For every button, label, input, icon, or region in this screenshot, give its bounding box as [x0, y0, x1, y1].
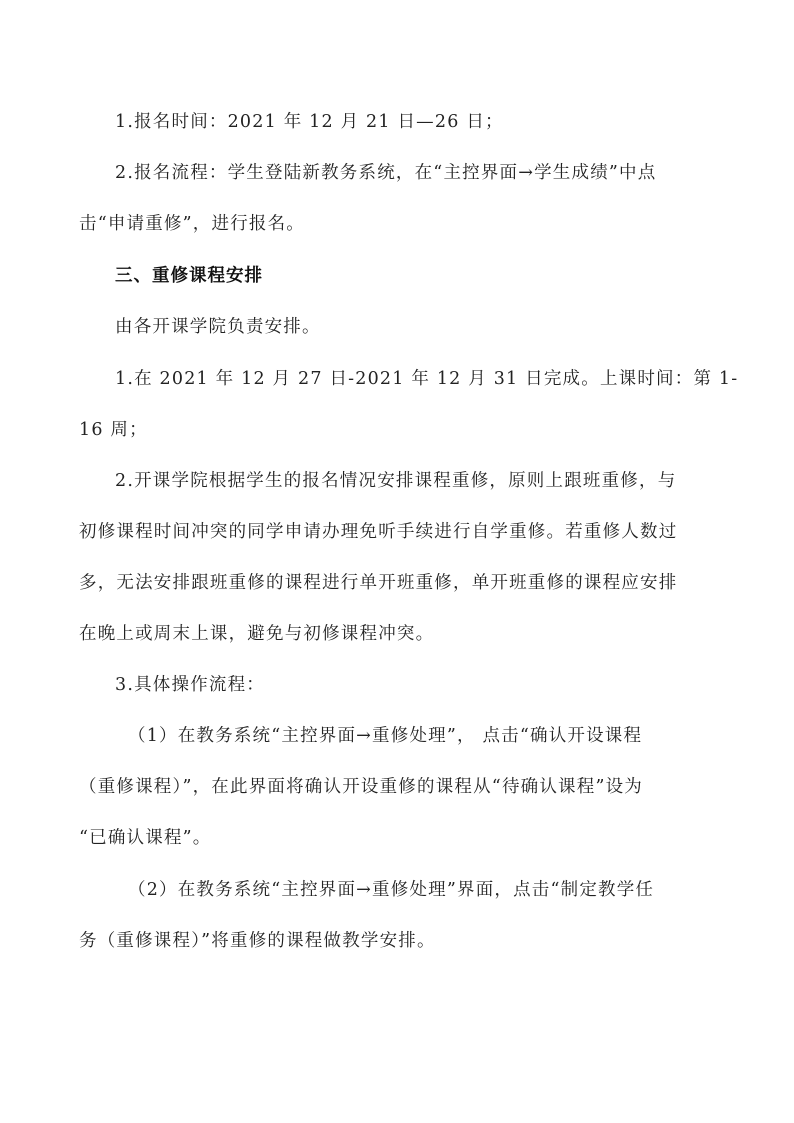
registration-time: 1.报名时间：2021 年 12 月 21 日—26 日；: [115, 110, 504, 134]
document-page: 1.报名时间：2021 年 12 月 21 日—26 日； 2.报名流程：学生登…: [0, 0, 794, 1123]
step-2-line-2: 务（重修课程）”将重修的课程做教学安排。: [79, 929, 436, 953]
item-1-line-1: 1.在 2021 年 12 月 27 日-2021 年 12 月 31 日完成。…: [115, 367, 738, 391]
step-2-line-1: （2）在教务系统“主控界面→重修处理”界面，点击“制定教学任: [128, 878, 654, 902]
item-2-line-4: 在晚上或周末上课，避免与初修课程冲突。: [79, 622, 434, 646]
registration-process-line-1: 2.报名流程：学生登陆新教务系统，在“主控界面→学生成绩”中点: [115, 161, 656, 185]
item-1-line-2: 16 周；: [79, 418, 148, 442]
item-2-line-2: 初修课程时间冲突的同学申请办理免听手续进行自学重修。若重修人数过: [79, 520, 677, 544]
item-3: 3.具体操作流程：: [115, 673, 265, 697]
registration-process-line-2: 击“申请重修”，进行报名。: [79, 212, 305, 236]
step-1-line-2: （重修课程）”，在此界面将确认开设重修的课程从“待确认课程”设为: [79, 775, 643, 799]
item-2-line-1: 2.开课学院根据学生的报名情况安排课程重修，原则上跟班重修，与: [115, 469, 676, 493]
step-1-line-3: “已确认课程”。: [79, 826, 212, 850]
section-intro: 由各开课学院负责安排。: [115, 315, 321, 339]
item-2-line-3: 多，无法安排跟班重修的课程进行单开班重修，单开班重修的课程应安排: [79, 571, 677, 595]
step-1-line-1: （1）在教务系统“主控界面→重修处理”， 点击“确认开设课程: [128, 724, 642, 748]
section-heading-retake-arrangement: 三、重修课程安排: [115, 264, 263, 288]
